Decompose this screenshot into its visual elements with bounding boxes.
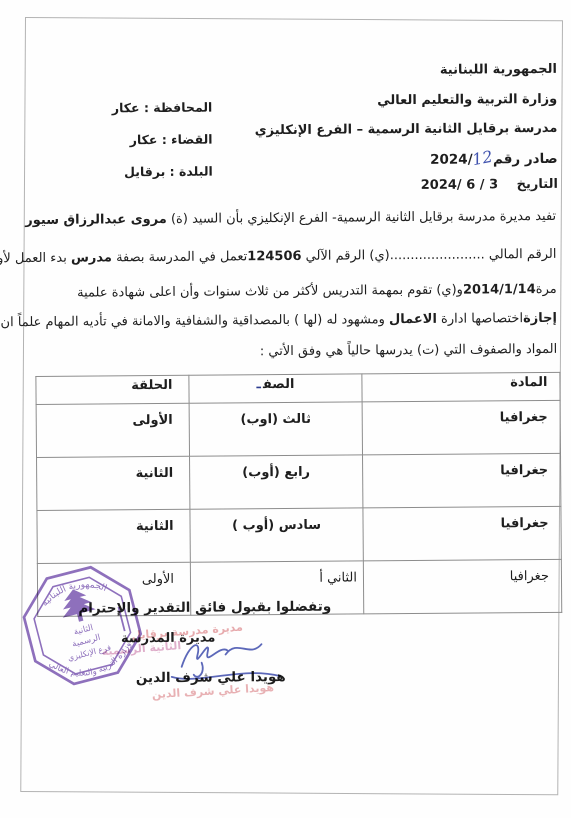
- body-line-1: تفيد مديرة مدرسة برقايل الثانية الرسمية-…: [25, 209, 556, 228]
- table-header-row: المادة الصفـ الحلقة: [36, 372, 560, 404]
- body-text: تعمل في المدرسة بصفة: [112, 249, 247, 265]
- subject-cell: جغرافيا: [363, 506, 561, 561]
- col-header-class: الصفـ: [189, 374, 362, 403]
- date-value: 3 / 6 /2024: [421, 177, 498, 193]
- class-header-label: الصف: [263, 377, 295, 392]
- body-text: مرة: [536, 282, 557, 297]
- town-line: البلدة : برقايل: [112, 164, 213, 180]
- date-line: التاريخ 3 / 6 /2024: [255, 176, 558, 193]
- body-text: بدء العمل لأول: [0, 251, 71, 267]
- job-title: مدرس: [71, 250, 112, 265]
- col-header-cycle: الحلقة: [36, 375, 189, 404]
- republic-line: الجمهورية اللبنانية: [254, 62, 557, 79]
- body-text: المواد والصفوف التي (ت) يدرسها حالياً هي…: [260, 342, 557, 359]
- table-row: جغرافيا رابع (أوب) الثانية: [37, 453, 561, 510]
- body-text: ومشهود له (لها ) بالمصداقية والشفافية وا…: [0, 312, 389, 330]
- school-line: مدرسة برقايل الثانية الرسمية – الفرع الإ…: [255, 121, 558, 138]
- handwritten-issue-number: 12: [471, 146, 494, 168]
- start-date: 2014/1/14: [463, 282, 536, 298]
- subject-cell: جغرافيا: [363, 453, 561, 508]
- body-line-2: الرقم المالي .......................(ي) …: [0, 247, 556, 266]
- cycle-cell: الثانية: [37, 456, 190, 510]
- handwritten-signature: [167, 632, 287, 691]
- body-text: تفيد مديرة مدرسة برقايل الثانية الرسمية-…: [167, 209, 556, 227]
- ministry-line: وزارة التربية والتعليم العالي: [254, 91, 557, 108]
- document-content: الجمهورية اللبنانية وزارة التربية والتعل…: [0, 0, 571, 818]
- body-text: الرقم المالي .......................(ي) …: [301, 247, 556, 264]
- governorate-line: المحافظة : عكار: [112, 100, 213, 116]
- body-text: و(ي) تقوم بمهمة التدريس لأكثر من ثلاث سن…: [77, 283, 463, 301]
- body-text: اختصاصها ادارة: [437, 311, 523, 327]
- class-cell: سادس (أوب ): [190, 508, 363, 562]
- class-cell: ثالث (اوب): [189, 402, 362, 456]
- issued-label: صادر رقم: [493, 150, 558, 167]
- body-line-4: إجازةاختصاصها ادارة الاعمال ومشهود له (ل…: [0, 311, 557, 330]
- header-left-block: المحافظة : عكار القضاء : عكار البلدة : ب…: [112, 100, 213, 197]
- subject-cell: جغرافيا: [362, 400, 560, 455]
- body-line-3: مرة2014/1/14و(ي) تقوم بمهمة التدريس لأكث…: [77, 282, 557, 301]
- district-line: القضاء : عكار: [112, 132, 213, 148]
- machine-number: 124506: [247, 249, 301, 264]
- issued-number-line: صادر رقم 12 2024/: [255, 150, 558, 171]
- header-right-block: الجمهورية اللبنانية وزارة التربية والتعل…: [254, 62, 558, 194]
- col-header-subject: المادة: [362, 372, 560, 402]
- cycle-cell: الأولى: [36, 403, 189, 457]
- table-row: جغرافيا ثالث (اوب) الأولى: [36, 400, 560, 457]
- specialty: الاعمال: [389, 312, 437, 327]
- class-cell: رابع (أوب): [190, 455, 363, 509]
- date-label: التاريخ: [517, 176, 558, 191]
- issued-year: 2024/: [430, 151, 473, 167]
- degree-word: إجازة: [523, 311, 557, 326]
- subject-cell: جغرافيا: [363, 559, 561, 614]
- teacher-name: مروى عبدالرزاق سيور: [25, 212, 167, 228]
- pen-dash-mark: ـ: [256, 377, 261, 392]
- scanned-document: الجمهورية اللبنانية وزارة التربية والتعل…: [0, 0, 571, 818]
- body-line-5: المواد والصفوف التي (ت) يدرسها حالياً هي…: [260, 342, 557, 359]
